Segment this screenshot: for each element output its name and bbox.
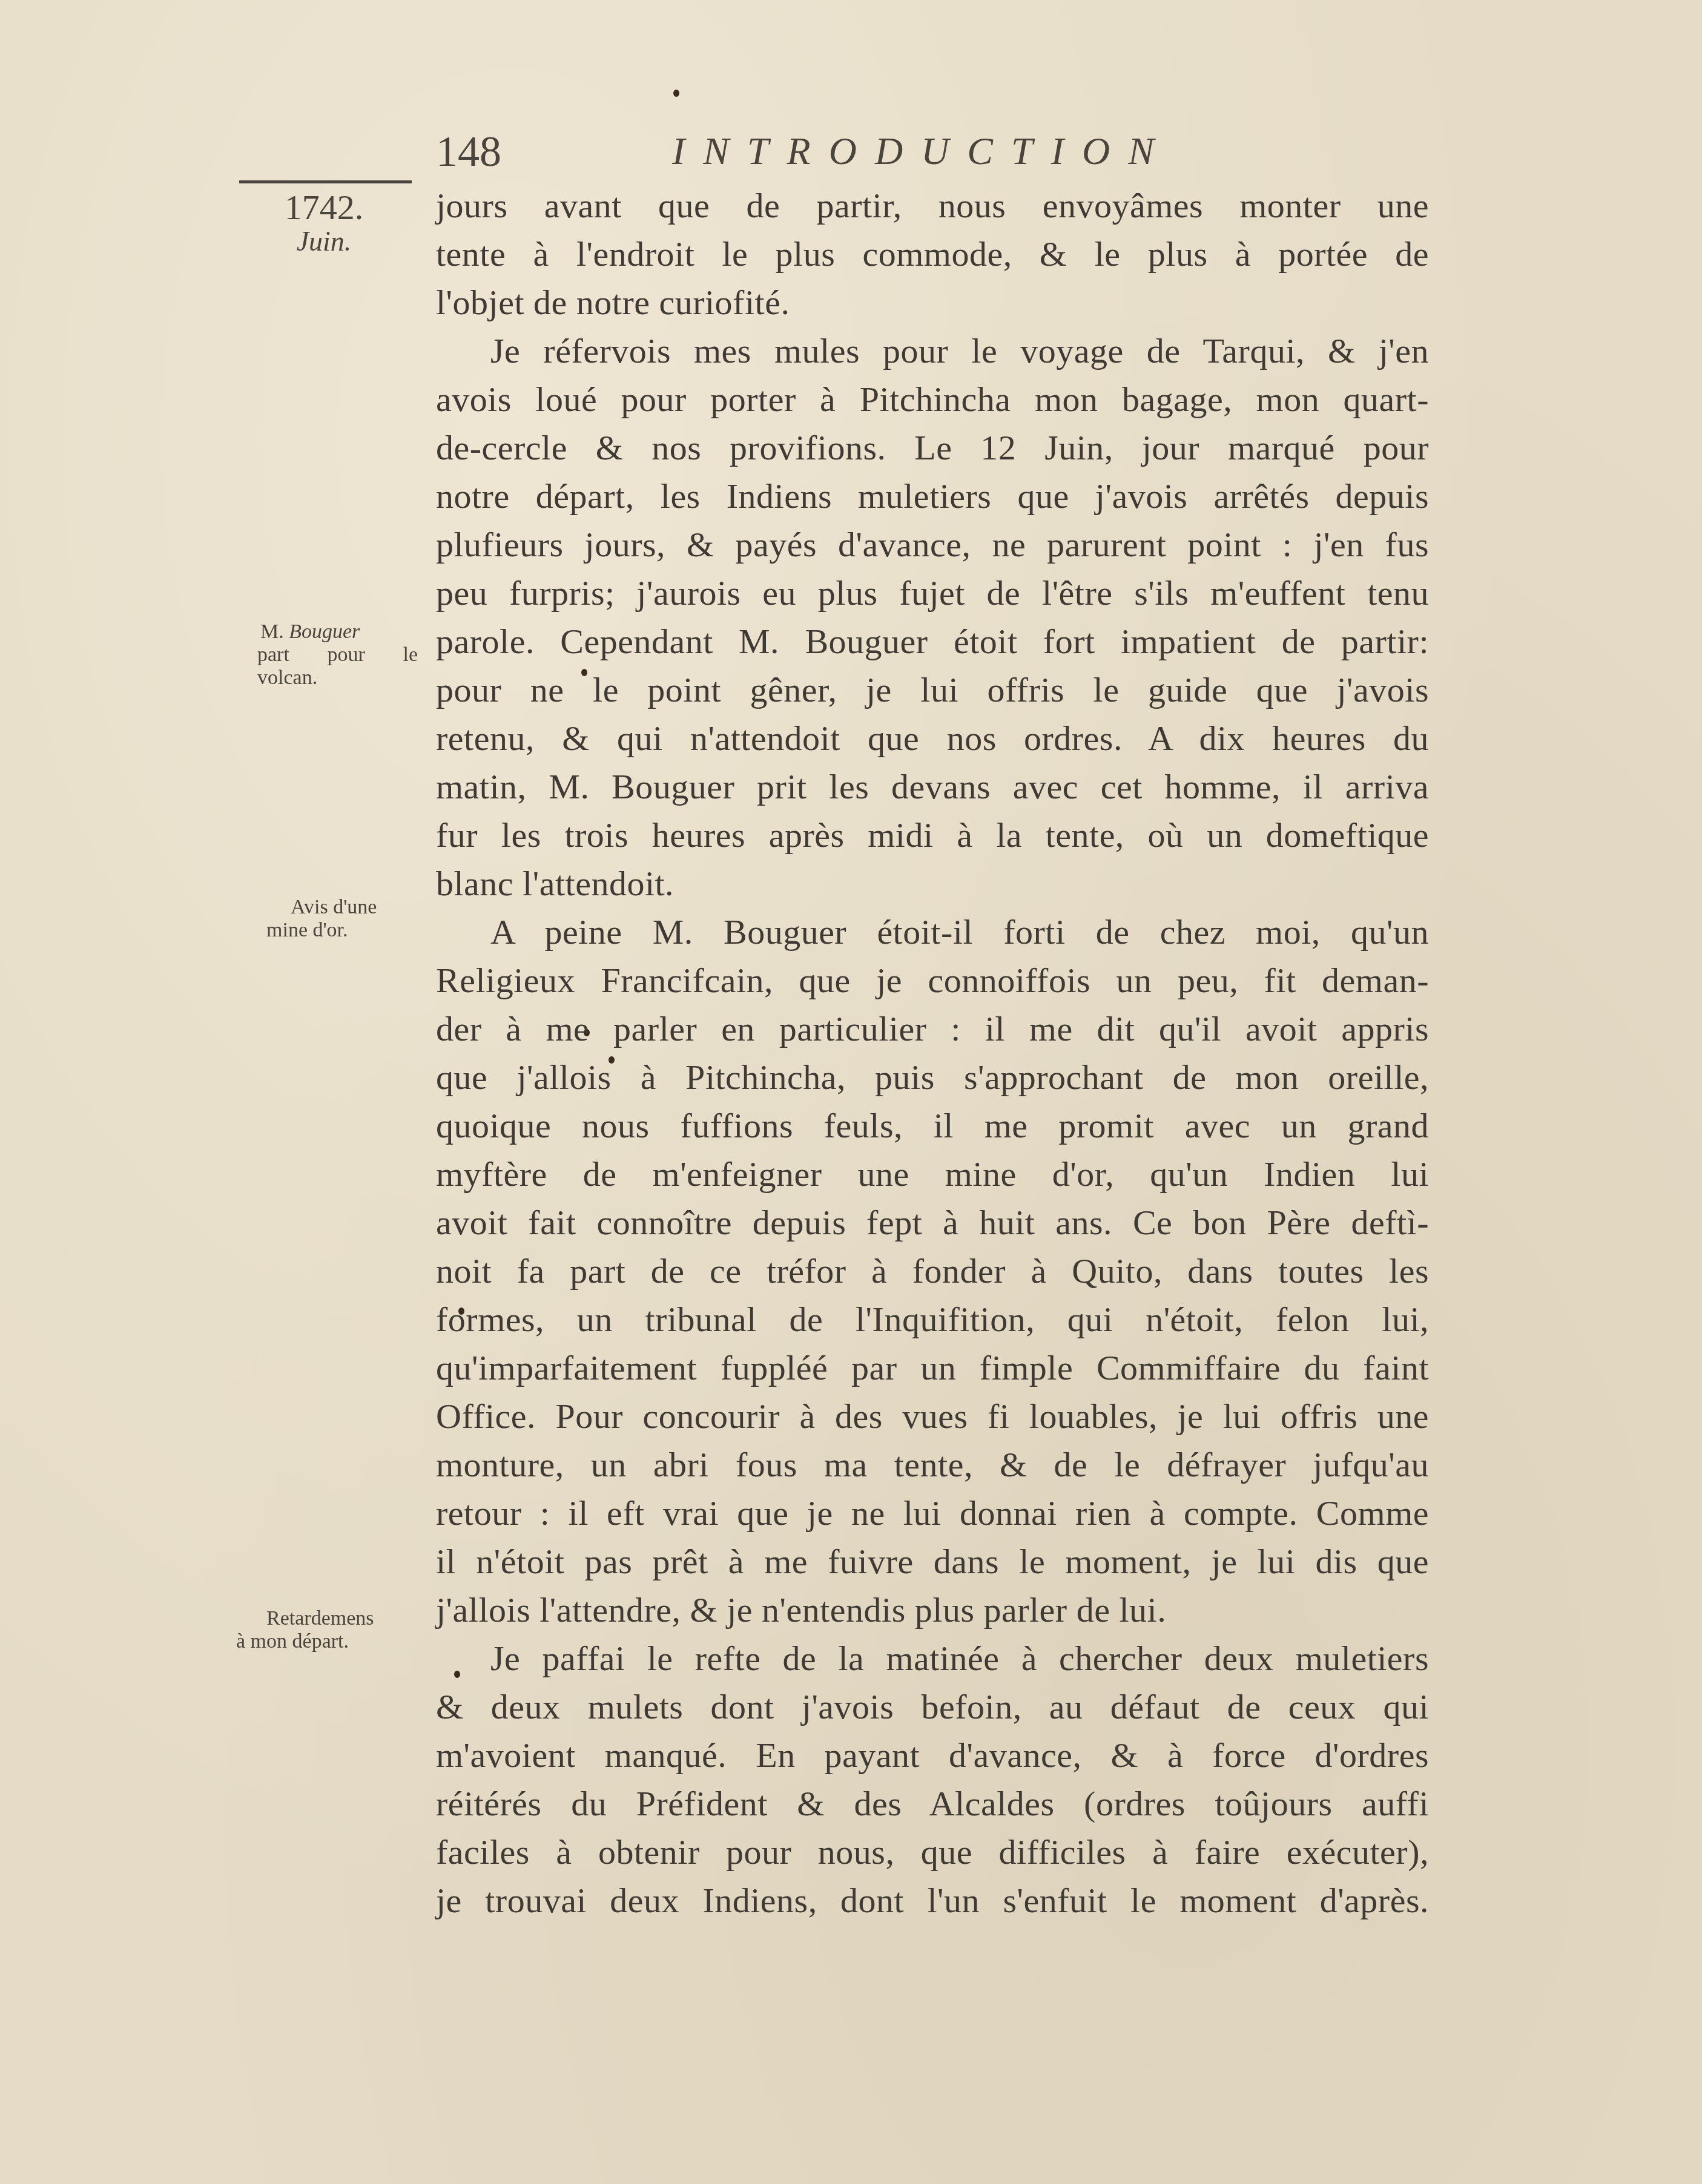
margin-note-line: Retardemens	[236, 1607, 418, 1630]
text-line: matin, M. Bouguer prit les devans avec c…	[436, 763, 1429, 811]
text-line: l'objet de notre curiofité.	[436, 278, 1429, 327]
text-line: myftère de m'enfeigner une mine d'or, qu…	[436, 1150, 1429, 1199]
text-line: monture, un abri fous ma tente, & de le …	[436, 1441, 1429, 1489]
margin-note-line: Avis d'une	[266, 896, 424, 919]
margin-rule	[239, 180, 412, 183]
text-line: formes, un tribunal de l'Inquifition, qu…	[436, 1295, 1429, 1344]
text-line: réitérés du Préfident & des Alcaldes (or…	[436, 1780, 1429, 1828]
text-line: faciles à obtenir pour nous, que diffici…	[436, 1828, 1429, 1876]
text-line: der à me parler en particulier : il me d…	[436, 1005, 1429, 1053]
margin-note-line: part pour le	[257, 643, 418, 666]
year-text: 1742.	[285, 188, 364, 227]
running-head: INTRODUCTION	[672, 121, 1172, 182]
text-line: retour : il eft vrai que je ne lui donna…	[436, 1489, 1429, 1538]
paragraph-start-line: Je réfervois mes mules pour le voyage de…	[436, 327, 1429, 375]
note-text-italic: Bouguer	[289, 620, 360, 643]
page-number: 148	[436, 121, 501, 182]
page-header: 148 INTRODUCTION	[436, 121, 1465, 182]
book-page: 148 INTRODUCTION 1742. Juin. M. Bouguer …	[0, 0, 1702, 2184]
text-line: retenu, & qui n'attendoit que nos ordres…	[436, 714, 1429, 763]
text-line: de-cercle & nos provifions. Le 12 Juin, …	[436, 424, 1429, 472]
text-line: plufieurs jours, & payés d'avance, ne pa…	[436, 521, 1429, 569]
margin-note-line: à mon départ.	[236, 1630, 418, 1653]
text-line: avoit fait connoître depuis fept à huit …	[436, 1199, 1429, 1247]
body-text: jours avant que de partir, nous envoyâme…	[436, 182, 1429, 1925]
text-line: Office. Pour concourir à des vues fi lou…	[436, 1392, 1429, 1441]
text-line: jours avant que de partir, nous envoyâme…	[436, 182, 1429, 230]
text-line: & deux mulets dont j'avois befoin, au dé…	[436, 1683, 1429, 1731]
margin-month: Juin.	[242, 230, 406, 253]
text-line: j'allois l'attendre, & je n'entendis plu…	[436, 1586, 1429, 1634]
margin-note-mine: Avis d'une mine d'or.	[266, 896, 424, 942]
text-line: notre départ, les Indiens muletiers que …	[436, 472, 1429, 521]
margin-note-retard: Retardemens à mon départ.	[236, 1607, 418, 1653]
text-line: fur les trois heures après midi à la ten…	[436, 811, 1429, 860]
month-text: Juin.	[297, 226, 352, 257]
text-line: peu furpris; j'aurois eu plus fujet de l…	[436, 569, 1429, 617]
text-line: quoique nous fuffions feuls, il me promi…	[436, 1102, 1429, 1150]
text-line: il n'étoit pas prêt à me fuivre dans le …	[436, 1538, 1429, 1586]
paragraph-start-line: Je paffai le refte de la matinée à cherc…	[436, 1634, 1429, 1683]
margin-note-line: M. Bouguer	[260, 620, 418, 643]
ink-speck	[673, 90, 679, 97]
text-line: qu'imparfaitement fuppléé par un fimple …	[436, 1344, 1429, 1392]
note-text: M.	[260, 620, 284, 643]
margin-year: 1742.	[242, 189, 406, 226]
text-line: tente à l'endroit le plus commode, & le …	[436, 230, 1429, 278]
text-line: blanc l'attendoit.	[436, 860, 1429, 908]
text-line: m'avoient manqué. En payant d'avance, & …	[436, 1731, 1429, 1780]
text-line: Religieux Francifcain, que je connoiffoi…	[436, 956, 1429, 1005]
text-line: avois loué pour porter à Pitchincha mon …	[436, 375, 1429, 424]
text-line: pour ne le point gêner, je lui offris le…	[436, 666, 1429, 714]
margin-note-line: volcan.	[257, 666, 418, 689]
paragraph-start-line: A peine M. Bouguer étoit-il forti de che…	[436, 908, 1429, 956]
text-line: parole. Cependant M. Bouguer étoit fort …	[436, 617, 1429, 666]
text-line: je trouvai deux Indiens, dont l'un s'enf…	[436, 1876, 1429, 1925]
text-line: noit fa part de ce tréfor à fonder à Qui…	[436, 1247, 1429, 1295]
margin-note-line: mine d'or.	[266, 919, 424, 942]
margin-note-bouguer: M. Bouguer part pour le volcan.	[260, 620, 418, 689]
text-line: que j'allois à Pitchincha, puis s'approc…	[436, 1053, 1429, 1102]
